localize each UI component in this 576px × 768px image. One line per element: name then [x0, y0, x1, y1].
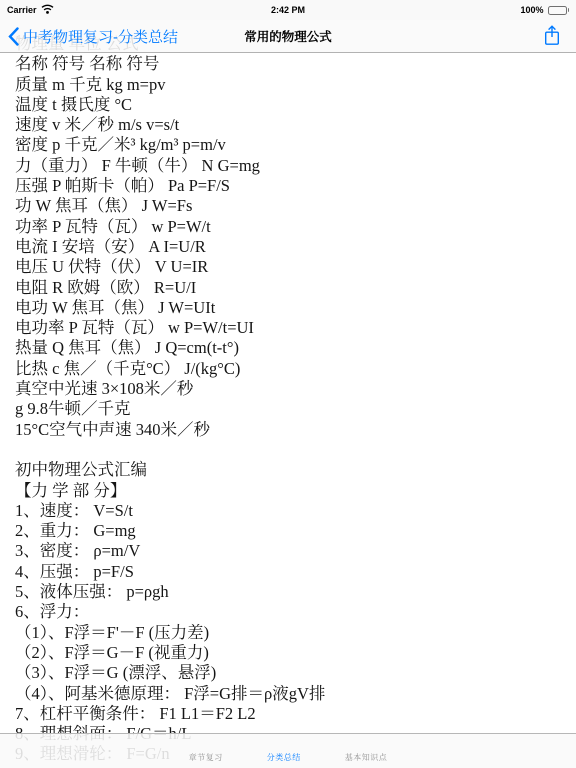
- content-line: （4）、阿基米德原理： F浮=G排＝ρ液gV排: [15, 684, 566, 704]
- content-line: 比热 c 焦／（千克°C） J/(kg°C): [15, 359, 566, 379]
- share-icon: [544, 33, 560, 50]
- share-button[interactable]: [544, 25, 560, 46]
- content-line: 6、浮力：: [15, 602, 566, 622]
- content-line: 功率 P 瓦特（瓦） w P=W/t: [15, 217, 566, 237]
- content-line: 2、重力： G=mg: [15, 521, 566, 541]
- tab-chapter-review[interactable]: 章节复习: [189, 752, 223, 763]
- content-line: 3、密度： ρ=m/V: [15, 541, 566, 561]
- content-line: （1）、F浮＝F'－F (压力差): [15, 623, 566, 643]
- content-line: 名称 符号 名称 符号: [15, 54, 566, 74]
- formula-text: 物理量 单位 公式 名称 符号 名称 符号 质量 m 千克 kg m=pv 温度…: [0, 0, 576, 765]
- content-line: 速度 v 米／秒 m/s v=s/t: [15, 115, 566, 135]
- content-line: （3）、F浮＝G (漂浮、悬浮): [15, 663, 566, 683]
- content-line: 电功率 P 瓦特（瓦） w P=W/t=UI: [15, 318, 566, 338]
- content-line: 质量 m 千克 kg m=pv: [15, 75, 566, 95]
- content-line: 电流 I 安培（安） A I=U/R: [15, 237, 566, 257]
- content-line: 1、速度： V=S/t: [15, 501, 566, 521]
- content-line: 力（重力） F 牛顿（牛） N G=mg: [15, 156, 566, 176]
- content-line: 压强 P 帕斯卡（帕） Pa P=F/S: [15, 176, 566, 196]
- back-chevron-icon: [8, 27, 19, 46]
- content-line: g 9.8牛顿／千克: [15, 399, 566, 419]
- back-button[interactable]: 中考物理复习-分类总结: [8, 26, 178, 47]
- content-line: 电功 W 焦耳（焦） J W=UIt: [15, 298, 566, 318]
- content-line: （2）、F浮＝G－F (视重力): [15, 643, 566, 663]
- formula-text-view[interactable]: 物理量 单位 公式 名称 符号 名称 符号 质量 m 千克 kg m=pv 温度…: [0, 0, 576, 768]
- content-line: [15, 440, 566, 460]
- content-line: 功 W 焦耳（焦） J W=Fs: [15, 196, 566, 216]
- content-line: 【力 学 部 分】: [15, 481, 566, 501]
- content-line: 5、液体压强： p=ρgh: [15, 582, 566, 602]
- content-line: 15°C空气中声速 340米／秒: [15, 420, 566, 440]
- content-line: 7、杠杆平衡条件： F1 L1＝F2 L2: [15, 704, 566, 724]
- content-line: 真空中光速 3×108米／秒: [15, 379, 566, 399]
- content-line: 电阻 R 欧姆（欧） R=U/I: [15, 278, 566, 298]
- tab-bar: 章节复习 分类总结 基本知识点: [0, 733, 576, 768]
- content-line: 4、压强： p=F/S: [15, 562, 566, 582]
- back-label: 中考物理复习-分类总结: [23, 26, 178, 47]
- nav-bar: 常用的物理公式 中考物理复习-分类总结: [0, 20, 576, 53]
- content-line: 温度 t 摄氏度 °C: [15, 95, 566, 115]
- tab-basic-knowledge[interactable]: 基本知识点: [345, 752, 388, 763]
- content-line: 初中物理公式汇编: [15, 460, 566, 480]
- status-time: 2:42 PM: [0, 5, 576, 15]
- content-line: 电压 U 伏特（伏） V U=IR: [15, 257, 566, 277]
- tab-category-summary[interactable]: 分类总结: [267, 752, 301, 763]
- content-line: 密度 p 千克／米³ kg/m³ p=m/v: [15, 135, 566, 155]
- status-bar: 2:42 PM Carrier 100%: [0, 0, 576, 20]
- content-line: 热量 Q 焦耳（焦） J Q=cm(t-t°): [15, 338, 566, 358]
